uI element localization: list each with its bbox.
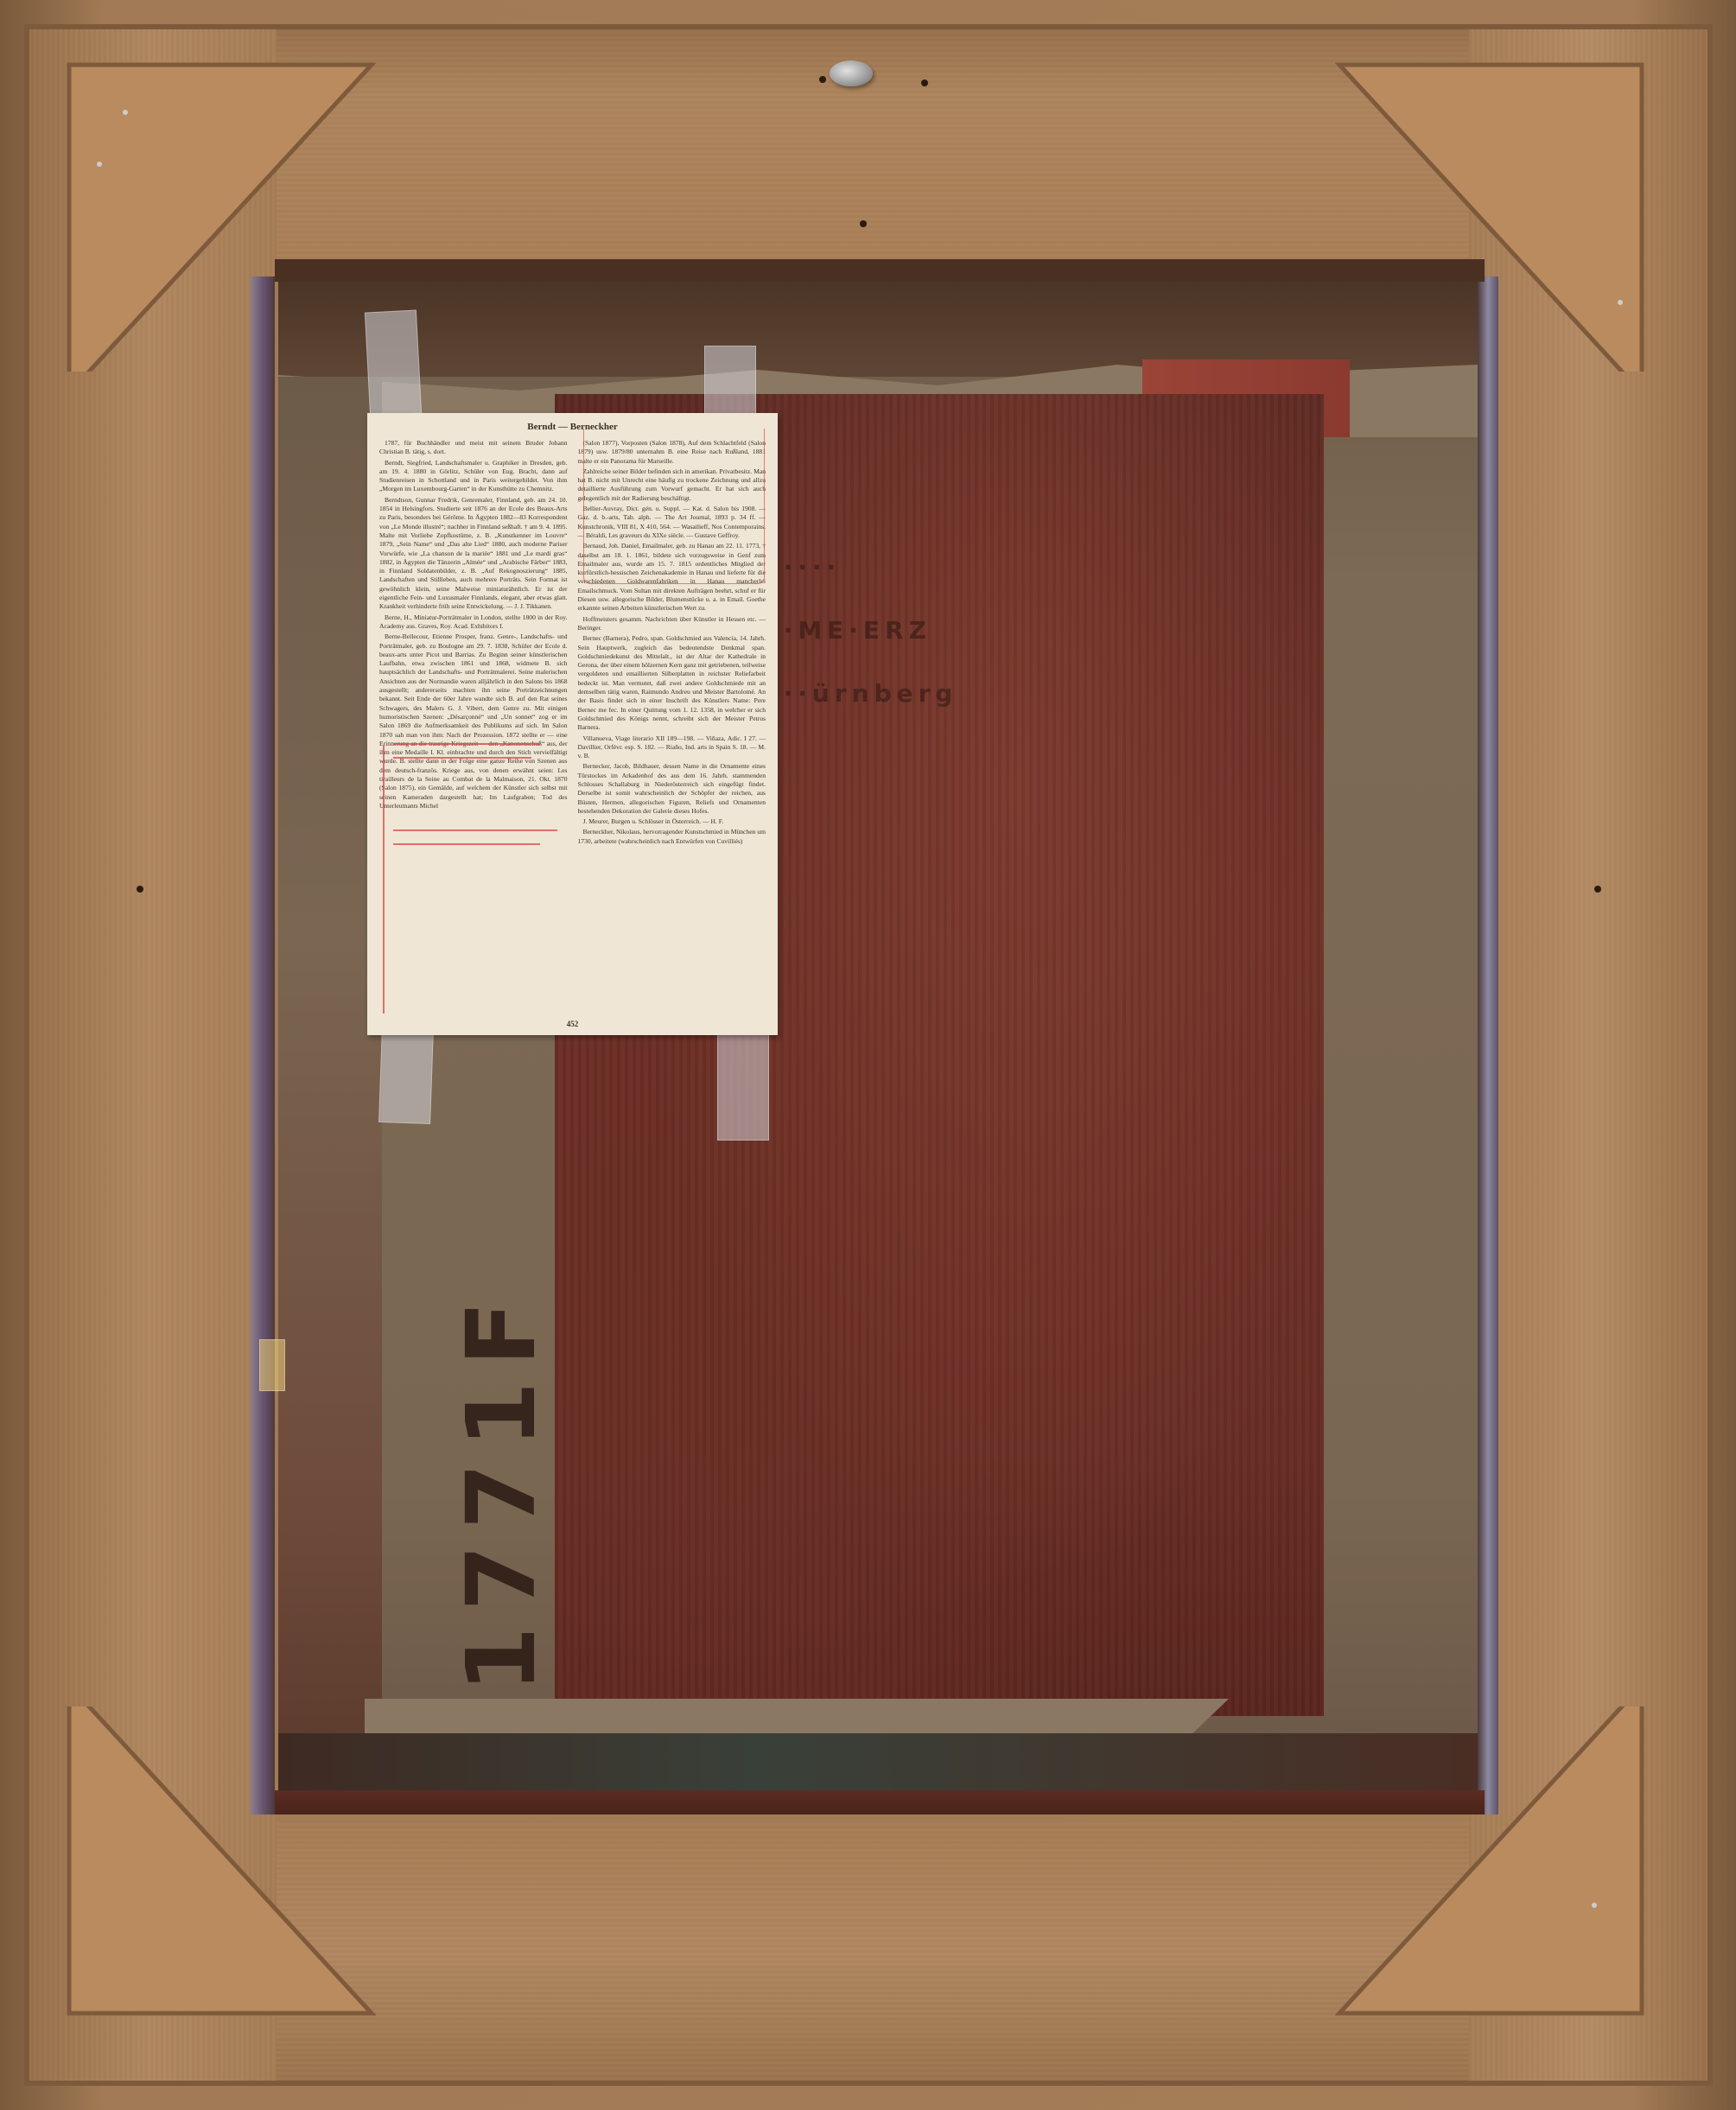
- stamp-line: ···ürnberg: [769, 679, 1028, 708]
- nail-hole: [1594, 886, 1601, 893]
- inventory-number-text: 1771F: [446, 1347, 556, 1693]
- entry: Berndtson, Gunnar Fredrik, Genremaler, F…: [379, 496, 568, 612]
- adhesive-tape: [704, 346, 756, 423]
- entry: Berndt, Siegfried, Landschaftsmaler u. G…: [379, 459, 568, 494]
- metal-strip-right: [1478, 276, 1498, 1814]
- nail-hole: [137, 886, 143, 893]
- stamp-line: ··ME·ERZ: [769, 616, 1028, 645]
- red-underline: [393, 829, 557, 831]
- stretcher-edge-bottom: [275, 1790, 1485, 1814]
- page-number: 452: [367, 1020, 778, 1028]
- entry: Hoffmeisters gesamm. Nachrichten über Kü…: [578, 615, 766, 633]
- adhesive-tape: [259, 1339, 285, 1391]
- screw-eye-hanger-icon: [830, 60, 873, 86]
- clipping-left-column: 1787, für Buchhändler und meist mit sein…: [379, 439, 568, 848]
- adhesive-tape: [365, 310, 422, 416]
- entry: Bernec (Barnera), Pedro, span. Goldschmi…: [578, 634, 766, 732]
- entry: Berne, H., Miniatur-Porträtmaler in Lond…: [379, 613, 568, 632]
- red-marker-box: [583, 429, 765, 584]
- entry: J. Meurer, Burgen u. Schlösser in Österr…: [578, 817, 766, 826]
- stretcher-edge-top: [275, 259, 1485, 282]
- faded-stamp: ····· ··ME·ERZ ···ürnberg: [769, 553, 1028, 760]
- adhesive-tape: [717, 1028, 769, 1141]
- nail-hole: [860, 220, 867, 227]
- red-underline: [393, 743, 540, 745]
- canvas-bottom-edge: [278, 1733, 1478, 1790]
- nail-hole: [921, 79, 928, 86]
- nail-hole: [819, 76, 826, 83]
- entry: Berneckher, Nikolaus, hervorragender Kun…: [578, 828, 766, 846]
- inventory-number: 1771F: [432, 1313, 570, 1659]
- red-underline: [393, 757, 531, 759]
- entry: Berne-Bellecour, Etienne Prosper, franz.…: [379, 632, 568, 810]
- entry: Villanueva, Viage literario XII 189—198.…: [578, 734, 766, 761]
- entry: Bernecker, Jacob, Bildhauer, dessen Name…: [578, 762, 766, 816]
- adhesive-tape: [378, 1027, 434, 1124]
- stamp-line: ·····: [769, 553, 1028, 582]
- red-underline: [393, 843, 540, 845]
- metal-strip-left: [251, 276, 275, 1814]
- canvas-left-strip: [278, 377, 382, 1790]
- entry: 1787, für Buchhändler und meist mit sein…: [379, 439, 568, 457]
- red-marker-line: [383, 746, 385, 1014]
- lexicon-clipping: Berndt — Berneckher 1787, für Buchhändle…: [367, 413, 778, 1035]
